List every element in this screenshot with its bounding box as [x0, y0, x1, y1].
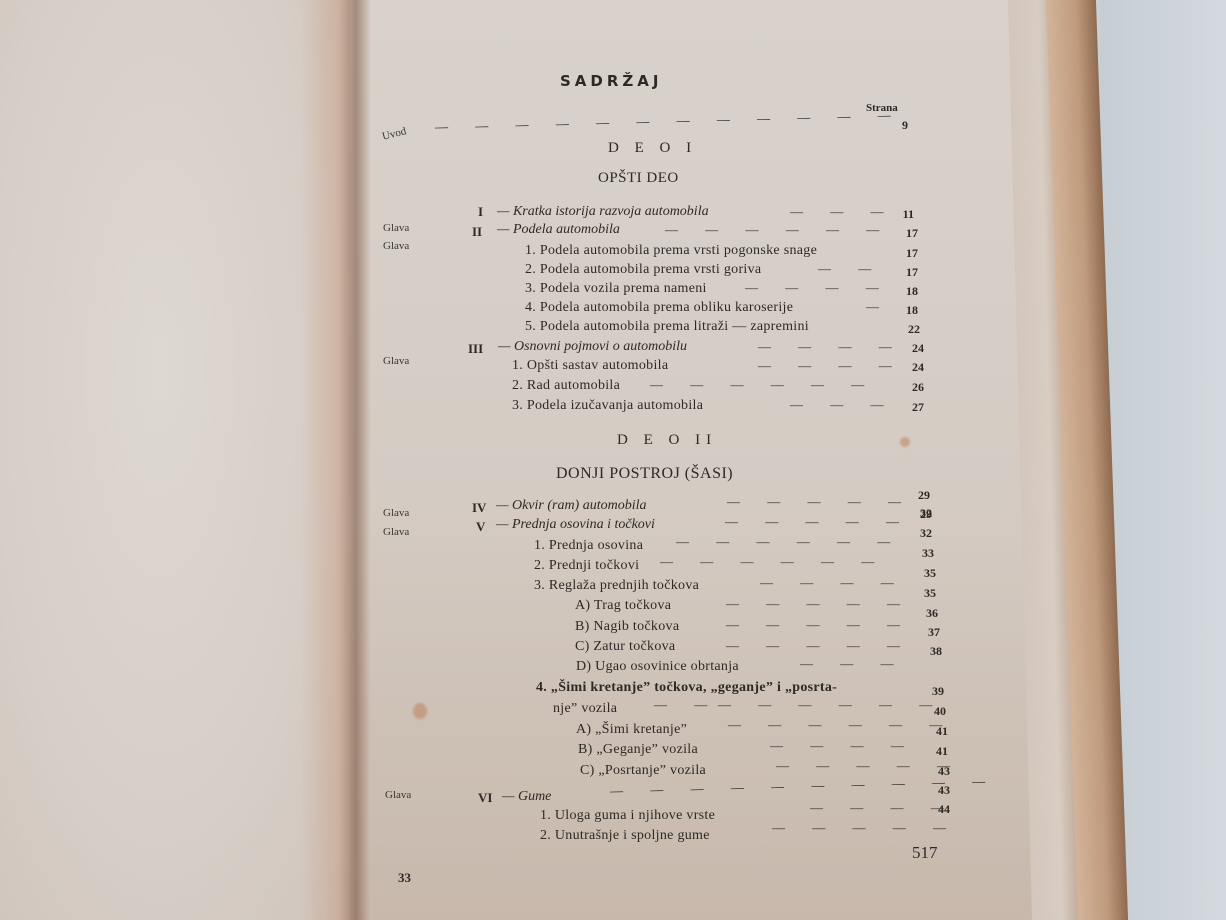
section-entry: B) „Geganje” vozila	[578, 742, 698, 758]
chapter-margin-label: Glava	[383, 240, 409, 252]
chapter-numeral: III	[468, 341, 483, 357]
leader-dashes: — — — — — —	[676, 534, 902, 550]
section-page: 22	[890, 322, 920, 337]
leader-dashes: — — —	[800, 656, 906, 672]
leader-dashes: — — — — —	[726, 617, 912, 633]
section-entry: 2. Podela automobila prema vrsti goriva	[525, 262, 761, 278]
section-entry: 1. Podela automobila prema vrsti pogonsk…	[525, 243, 817, 259]
chapter-numeral: IV	[472, 500, 486, 516]
chapter-margin-label: Glava	[383, 526, 409, 538]
leader-dashes: — — — — — —	[665, 222, 891, 238]
chapter-numeral: V	[476, 519, 485, 535]
leader-dashes: — — — —	[760, 575, 906, 591]
chapter-margin-label: Glava	[383, 222, 409, 234]
leader-dashes: — —	[654, 697, 719, 713]
section-entry: 4. „Šimi kretanje” točkova, „geganje” i …	[536, 680, 837, 696]
leader-dashes: — — — — —	[726, 596, 912, 612]
table-of-contents: SADRŽAJ Strana Uvod — — — — — — — — — — …	[0, 0, 1226, 920]
section-page: 17	[888, 246, 918, 261]
chapter-numeral: I	[478, 204, 483, 220]
section-page: 41	[918, 744, 948, 759]
leader-dashes: — —	[818, 261, 883, 277]
intro-label: Uvod	[381, 125, 408, 143]
toc-title: SADRŽAJ	[560, 72, 662, 90]
leader-dashes: — — — —	[770, 738, 916, 754]
chapter-numeral: II	[472, 224, 482, 240]
chapter-title: Okvir (ram) automobila	[512, 498, 647, 513]
chapter-title: Kratka istorija razvoja automobila	[513, 204, 709, 219]
chapter-title: Prednja osovina i točkovi	[512, 517, 655, 532]
leader-dashes: — — — — —	[725, 514, 911, 530]
section-entry: B) Nagib točkova	[575, 619, 679, 635]
leader-dashes: — — — —	[758, 358, 904, 374]
chapter-margin-label: Glava	[385, 789, 411, 801]
section-page: 38	[912, 644, 942, 659]
section-entry: A) Trag točkova	[575, 598, 671, 614]
section-entry: 2. Rad automobila	[512, 378, 620, 394]
section-entry: nje” vozila	[553, 701, 617, 717]
section-entry: 1. Uloga guma i njihove vrste	[540, 808, 715, 824]
chapter-page: 43	[920, 783, 950, 798]
section-page: 33	[904, 546, 934, 561]
section-page: 18	[888, 303, 918, 318]
leader-dashes: — — —	[790, 204, 896, 220]
leader-dashes: — — — — — —	[660, 554, 886, 570]
section-entry: C) Zatur točkova	[575, 639, 675, 655]
part-heading: D E O I	[608, 140, 697, 157]
chapter-page: 29	[900, 488, 930, 503]
chapter-page: 24	[894, 341, 924, 356]
section-page: 27	[894, 400, 924, 415]
section-entry: 3. Podela izučavanja automobila	[512, 398, 703, 414]
leader-dashes: — — — —	[745, 280, 891, 296]
leader-dashes: — — — — —	[726, 638, 912, 654]
intro-page: 9	[878, 118, 908, 133]
leader-dashes: — — — — — — — — — — — —	[435, 107, 903, 135]
section-page: 32	[902, 526, 932, 541]
chapter-page: 17	[888, 226, 918, 241]
section-entry: 1. Opšti sastav automobila	[512, 358, 668, 374]
section-entry: D) Ugao osovinice obrtanja	[576, 659, 739, 675]
chapter-page: 11	[884, 207, 914, 222]
section-page: 18	[888, 284, 918, 299]
leader-dashes: — — — — — —	[718, 697, 944, 713]
section-page: 39	[914, 684, 944, 699]
page-number: 517	[912, 843, 938, 863]
leader-dashes: — — — — — —	[650, 377, 876, 393]
section-entry: A) „Šimi kretanje”	[576, 722, 687, 738]
part-subheading: OPŠTI DEO	[598, 170, 679, 187]
section-entry: 3. Reglaža prednjih točkova	[534, 578, 699, 594]
chapter-title: Gume	[518, 789, 551, 804]
section-entry: 3. Podela vozila prema nameni	[525, 281, 707, 297]
chapter-title: Osnovni pojmovi o automobilu	[514, 339, 687, 354]
section-page: 17	[888, 265, 918, 280]
section-page: 26	[894, 380, 924, 395]
section-entry: 2. Unutrašnje i spoljne gume	[540, 828, 710, 844]
chapter-title: Podela automobila	[513, 222, 620, 237]
leader-dashes: — — — —	[758, 339, 904, 355]
margin-note-number: 33	[398, 870, 411, 886]
chapter-page: 32	[902, 506, 932, 521]
section-entry: 5. Podela automobila prema litraži — zap…	[525, 319, 809, 335]
section-entry: 1. Prednja osovina	[534, 538, 643, 554]
section-page: 24	[894, 360, 924, 375]
section-page: 35	[906, 566, 936, 581]
section-entry: C) „Posrtanje” vozila	[580, 763, 706, 779]
leader-dashes: — — — — —	[727, 494, 913, 510]
section-entry: 2. Prednji točkovi	[534, 558, 639, 574]
section-page: 37	[910, 625, 940, 640]
section-page: 36	[908, 606, 938, 621]
part-subheading: DONJI POSTROJ (ŠASI)	[556, 465, 733, 483]
section-page: 41	[918, 724, 948, 739]
chapter-margin-label: Glava	[383, 507, 409, 519]
chapter-numeral: VI	[478, 790, 492, 806]
leader-dashes: — — —	[790, 397, 896, 413]
section-page: 44	[920, 802, 950, 817]
section-entry: 4. Podela automobila prema obliku karose…	[525, 300, 793, 316]
part-heading: D E O II	[617, 432, 717, 449]
chapter-margin-label: Glava	[383, 355, 409, 367]
leader-dashes: — — — — —	[772, 820, 958, 836]
